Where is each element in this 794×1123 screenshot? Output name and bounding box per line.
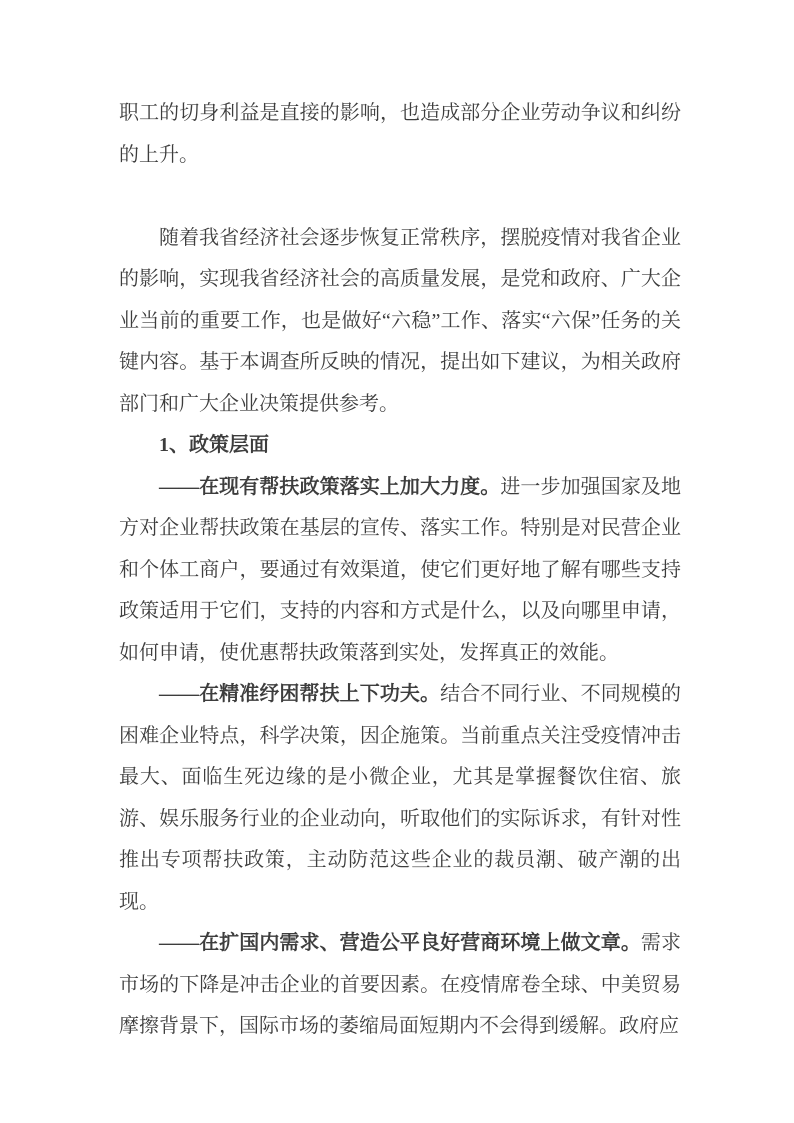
paragraph-text: 职工的切身利益是直接的影响，也造成部分企业劳动争议和纠纷的上升。 — [119, 102, 681, 166]
paragraph-text: 进一步加强国家及地方对企业帮扶政策在基层的宣传、落实工作。特别是对民营企业和个体… — [119, 476, 681, 664]
paragraph-suggestion-3: ——在扩国内需求、营造公平良好营商环境上做文章。需求市场的下降是冲击企业的首要因… — [119, 923, 681, 1048]
blank-line — [119, 176, 681, 218]
paragraph-bold-lead: ——在精准纾困帮扶上下功夫。 — [159, 683, 440, 705]
paragraph-bold-lead: ——在现有帮扶政策落实上加大力度。 — [159, 476, 500, 498]
document-page: 职工的切身利益是直接的影响，也造成部分企业劳动争议和纠纷的上升。 随着我省经济社… — [0, 0, 794, 1123]
paragraph-intro: 随着我省经济社会逐步恢复正常秩序，摆脱疫情对我省企业的影响，实现我省经济社会的高… — [119, 218, 681, 426]
section-heading-policy-level: 1、政策层面 — [119, 425, 681, 467]
paragraph-continuation: 职工的切身利益是直接的影响，也造成部分企业劳动争议和纠纷的上升。 — [119, 93, 681, 176]
paragraph-bold-lead: ——在扩国内需求、营造公平良好营商环境上做文章。 — [159, 932, 641, 954]
paragraph-text: 随着我省经济社会逐步恢复正常秩序，摆脱疫情对我省企业的影响，实现我省经济社会的高… — [119, 227, 681, 415]
paragraph-suggestion-1: ——在现有帮扶政策落实上加大力度。进一步加强国家及地方对企业帮扶政策在基层的宣传… — [119, 467, 681, 675]
paragraph-text: 结合不同行业、不同规模的困难企业特点，科学决策，因企施策。当前重点关注受疫情冲击… — [119, 683, 681, 913]
heading-text: 1、政策层面 — [159, 434, 269, 456]
paragraph-suggestion-2: ——在精准纾困帮扶上下功夫。结合不同行业、不同规模的困难企业特点，科学决策，因企… — [119, 674, 681, 923]
